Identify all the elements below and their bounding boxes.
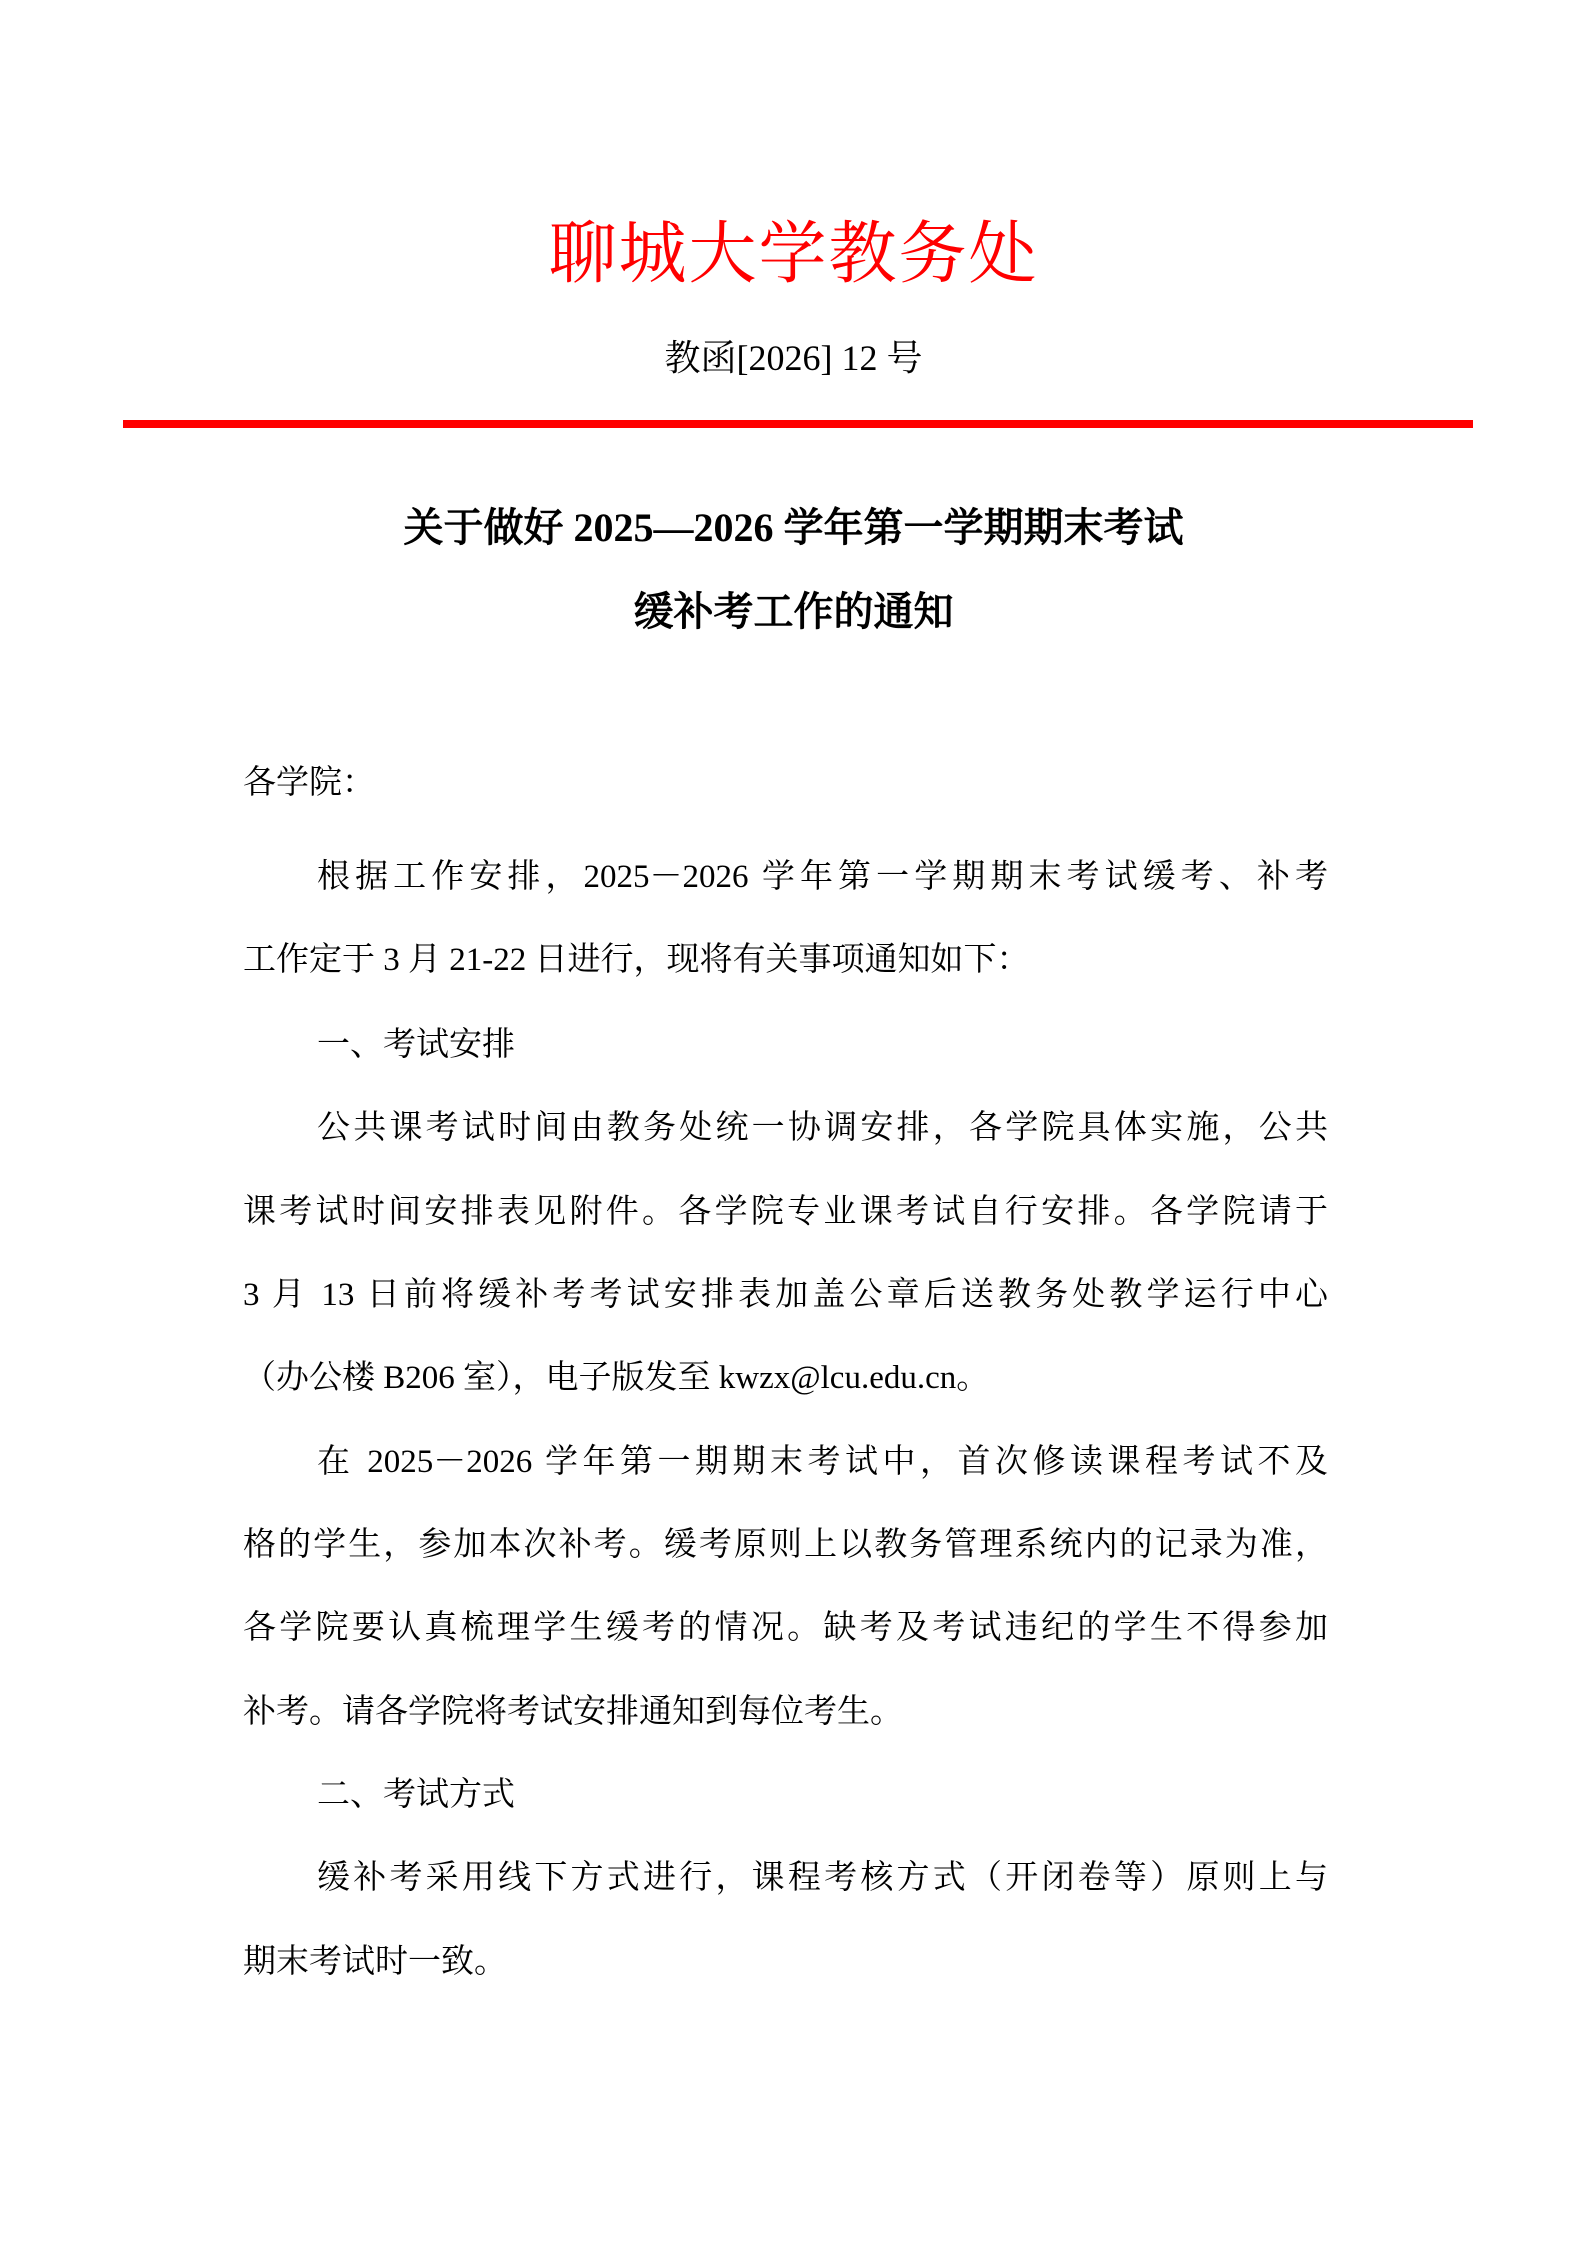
red-divider-rule [123,420,1473,428]
paragraph-line: 格的学生，参加本次补考。缓考原则上以教务管理系统内的记录为准， [243,1520,1328,1570]
section-heading-exam-arrangement: 一、考试安排 [243,1020,515,1070]
notice-title-line-1: 关于做好 2025—2026 学年第一学期期末考试 [0,500,1587,556]
paragraph-line: 3 月 13 日前将缓补考考试安排表加盖公章后送教务处教学运行中心 [243,1270,1328,1320]
section-heading-exam-method: 二、考试方式 [243,1770,515,1820]
paragraph-line: 根据工作安排，2025－2026 学年第一学期期末考试缓考、补考 [243,852,1328,902]
salutation: 各学院： [243,758,375,808]
paragraph-line-with-email: （办公楼 B206 室），电子版发至 kwzx@lcu.edu.cn。 [243,1353,989,1403]
paragraph-line: 公共课考试时间由教务处统一协调安排，各学院具体实施，公共 [243,1103,1328,1153]
document-number: 教函[2026] 12 号 [0,332,1587,384]
document-page: 聊城大学教务处 教函[2026] 12 号 关于做好 2025—2026 学年第… [0,0,1587,2245]
paragraph-line: 各学院要认真梳理学生缓考的情况。缺考及考试违纪的学生不得参加 [243,1603,1328,1653]
notice-title-line-2: 缓补考工作的通知 [0,584,1587,640]
paragraph-line: 补考。请各学院将考试安排通知到每位考生。 [243,1687,903,1737]
paragraph-line: 工作定于 3 月 21-22 日进行，现将有关事项通知如下： [243,935,1030,985]
paragraph-line: 在 2025－2026 学年第一期期末考试中，首次修读课程考试不及 [243,1437,1328,1487]
organization-header: 聊城大学教务处 [0,205,1587,305]
paragraph-line: 缓补考采用线下方式进行，课程考核方式（开闭卷等）原则上与 [243,1853,1328,1903]
paragraph-line: 课考试时间安排表见附件。各学院专业课考试自行安排。各学院请于 [243,1187,1328,1237]
paragraph-line: 期末考试时一致。 [243,1937,507,1987]
